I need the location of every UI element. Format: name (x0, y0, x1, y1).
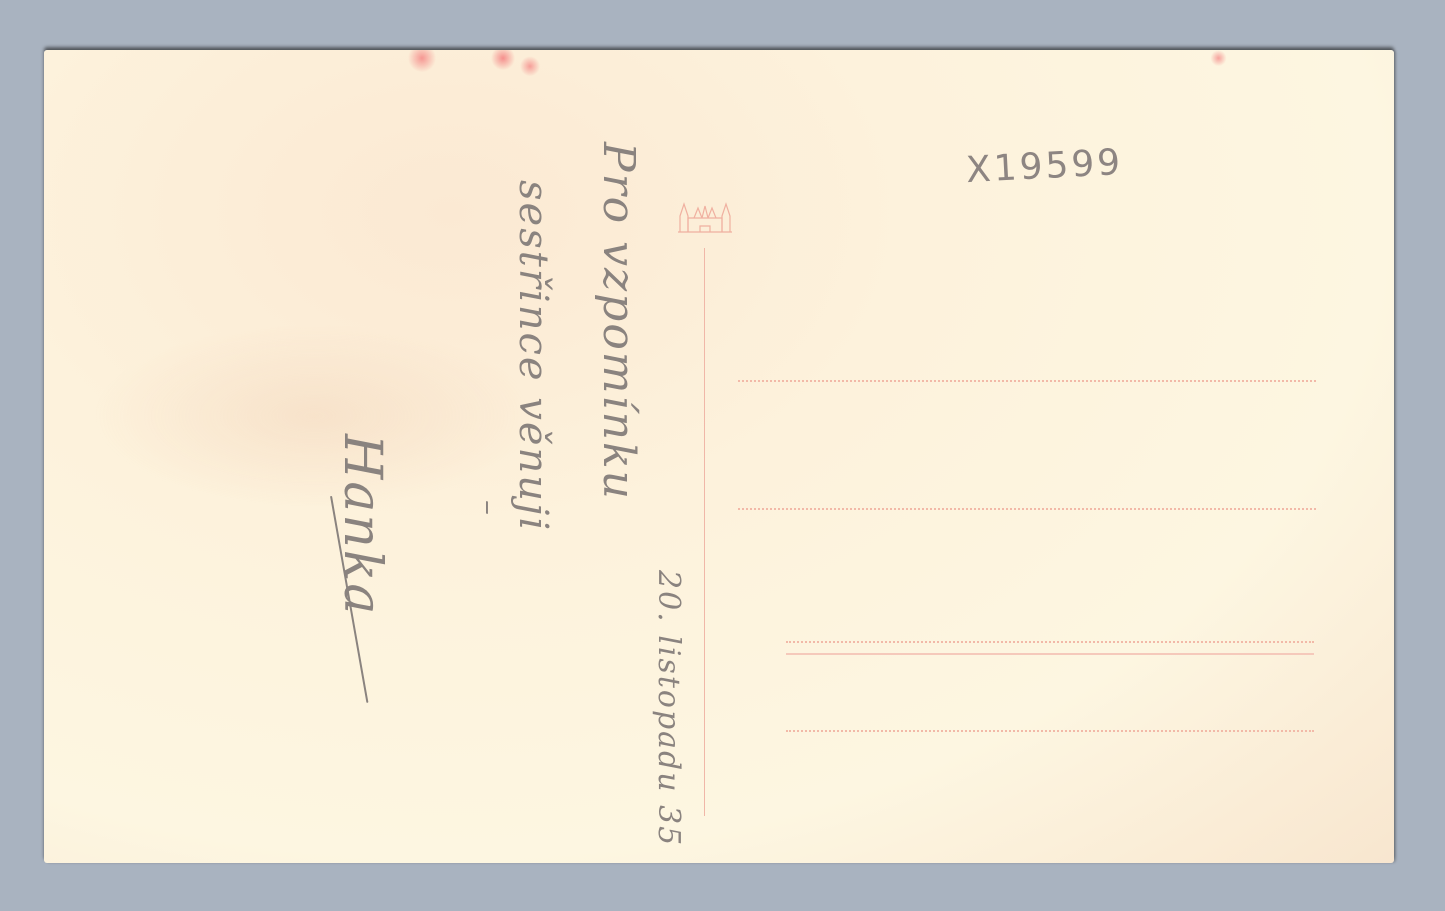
message-line-2: sestřince věnuji (510, 180, 556, 532)
divider-line (704, 248, 705, 816)
postcard-back: X19599 Pro vzpomínku sestřince věnuji – … (44, 50, 1394, 863)
address-line-1 (738, 380, 1316, 382)
address-line-3 (786, 641, 1314, 643)
address-line-4 (786, 730, 1314, 732)
address-underline (786, 653, 1314, 655)
address-line-2 (738, 508, 1316, 510)
signature: Hanka (332, 434, 392, 616)
message-dash: – (471, 500, 506, 517)
message-line-1: Pro vzpomínku (593, 142, 644, 501)
catalog-number: X19599 (965, 142, 1124, 191)
date-note: 20. listopadu 35 (651, 570, 686, 847)
castle-icon (676, 198, 734, 234)
